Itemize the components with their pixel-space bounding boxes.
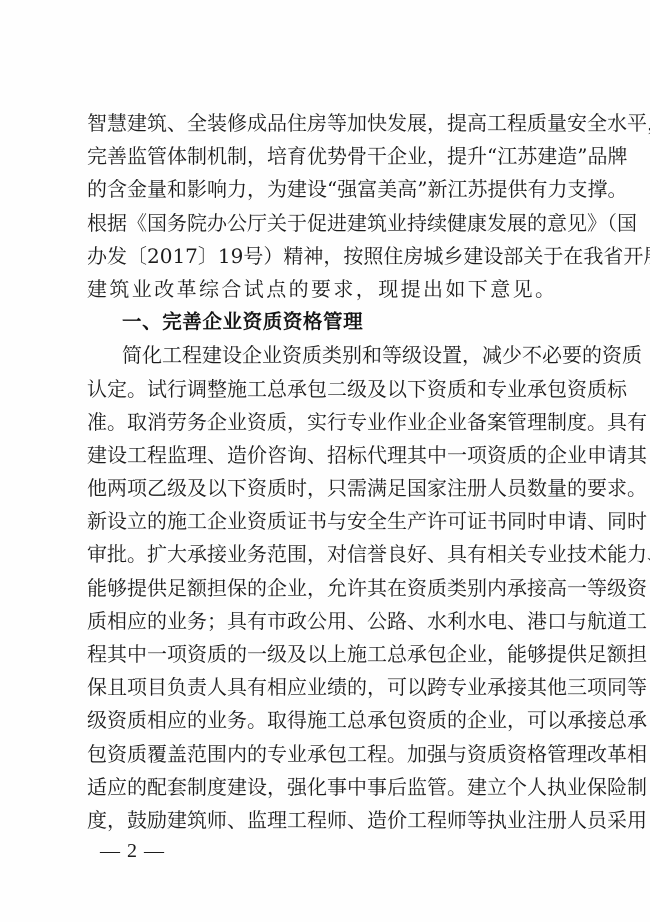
paragraph-line: 新设立的施工企业资质证书与安全生产许可证书同时申请、同时 xyxy=(87,508,577,541)
paragraph-line: 度，鼓励建筑师、监理工程师、造价工程师等执业注册人员采用 xyxy=(87,807,577,840)
paragraph-line: 质相应的业务；具有市政公用、公路、水利水电、港口与航道工 xyxy=(87,608,577,641)
paragraph-line: 简化工程建设企业资质类别和等级设置，减少不必要的资质 xyxy=(87,342,577,375)
body-text: 智慧建筑、全装修成品住房等加快发展，提高工程质量安全水平， 完善监管体制机制，培… xyxy=(87,110,577,840)
paragraph-line: 建筑业改革综合试点的要求，现提出如下意见。 xyxy=(87,276,577,309)
paragraph-line: 包资质覆盖范围内的专业承包工程。加强与资质资格管理改革相 xyxy=(87,741,577,774)
paragraph-line: 他两项乙级及以下资质时，只需满足国家注册人员数量的要求。 xyxy=(87,475,577,508)
paragraph-line: 适应的配套制度建设，强化事中事后监管。建立个人执业保险制 xyxy=(87,774,577,807)
paragraph-line: 办发〔2017〕19号）精神，按照住房城乡建设部关于在我省开展 xyxy=(87,243,577,276)
document-page: 智慧建筑、全装修成品住房等加快发展，提高工程质量安全水平， 完善监管体制机制，培… xyxy=(0,0,650,922)
paragraph-line: 的含金量和影响力，为建设“强富美高”新江苏提供有力支撑。 xyxy=(87,176,577,209)
paragraph-line: 根据《国务院办公厅关于促进建筑业持续健康发展的意见》（国 xyxy=(87,210,577,243)
paragraph-line: 级资质相应的业务。取得施工总承包资质的企业，可以承接总承 xyxy=(87,707,577,740)
paragraph-line: 智慧建筑、全装修成品住房等加快发展，提高工程质量安全水平， xyxy=(87,110,577,143)
paragraph-line: 认定。试行调整施工总承包二级及以下资质和专业承包资质标 xyxy=(87,376,577,409)
paragraph-line: 完善监管体制机制，培育优势骨干企业，提升“江苏建造”品牌 xyxy=(87,143,577,176)
paragraph-line: 程其中一项资质的一级及以上施工总承包企业，能够提供足额担 xyxy=(87,641,577,674)
paragraph-line: 建设工程监理、造价咨询、招标代理其中一项资质的企业申请其 xyxy=(87,442,577,475)
paragraph-line: 审批。扩大承接业务范围，对信誉良好、具有相关专业技术能力、 xyxy=(87,541,577,574)
section-heading: 一、完善企业资质资格管理 xyxy=(87,309,577,342)
paragraph-line: 准。取消劳务企业资质，实行专业作业企业备案管理制度。具有 xyxy=(87,409,577,442)
paragraph-line: 能够提供足额担保的企业，允许其在资质类别内承接高一等级资 xyxy=(87,575,577,608)
page-number: — 2 — xyxy=(100,840,165,863)
paragraph-line: 保且项目负责人具有相应业绩的，可以跨专业承接其他三项同等 xyxy=(87,674,577,707)
